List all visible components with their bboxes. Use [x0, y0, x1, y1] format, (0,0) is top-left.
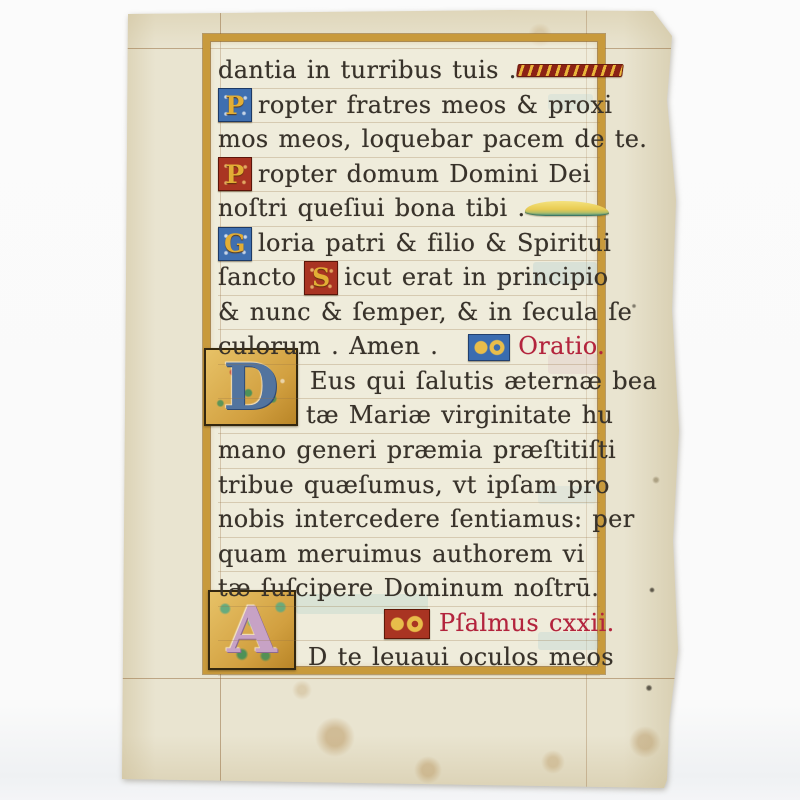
rubric-oratio: Oratio. [518, 330, 605, 364]
illuminated-initial-P-red: P [218, 157, 252, 191]
line-text: ropter domum Domini Dei [258, 158, 591, 192]
text-line-16: tæ ſuſcipere Dominum noſtrū. [218, 572, 600, 607]
line-text: ſancto [218, 261, 296, 295]
text-line-11: tæ Mariæ virginitate hu [218, 399, 600, 434]
illuminated-initial-S-red: S [304, 261, 338, 295]
line-text: Eus qui ſalutis æternæ bea [310, 365, 657, 399]
rubric-psalmus: Pſalmus cxxii. [439, 607, 615, 641]
line-text: & nunc & ſemper, & in ſecula ſe [218, 296, 632, 330]
ruling-horizontal-bottom [116, 678, 680, 679]
line-text: loria patri & filio & Spiritui [258, 227, 611, 261]
line-text: nobis intercedere ſentiamus: per [218, 503, 635, 537]
text-line-7: ſancto S icut erat in principio [218, 261, 600, 296]
text-line-17: Pſalmus cxxii. [218, 607, 600, 642]
text-line-2: P ropter fratres meos & proxi [218, 89, 600, 124]
line-text: culorum . Amen . [218, 330, 438, 364]
illuminated-initial-G-blue: G [218, 227, 252, 261]
paraph-mark-blue [468, 334, 510, 361]
vellum-leaf: D A dantia in turribus tuis . P ropter f… [116, 10, 680, 790]
line-text: tribue quæſumus, vt ipſam pro [218, 469, 610, 503]
text-line-5: noſtri queſiui bona tibi . [218, 192, 600, 227]
line-text: icut erat in principio [344, 261, 608, 295]
text-line-18: D te leuaui oculos meos [218, 641, 600, 676]
line-text: tæ ſuſcipere Dominum noſtrū. [218, 572, 599, 606]
text-line-3: mos meos, loquebar pacem de te. [218, 123, 600, 158]
line-filler-gold-leaf [525, 201, 609, 216]
line-text: D te leuaui oculos meos [308, 641, 614, 675]
line-text: tæ Mariæ virginitate hu [306, 399, 613, 433]
line-text: ropter fratres meos & proxi [258, 89, 612, 123]
text-line-15: quam meruimus authorem vi [218, 538, 600, 573]
text-line-8: & nunc & ſemper, & in ſecula ſe [218, 296, 600, 331]
manuscript-photo: D A dantia in turribus tuis . P ropter f… [0, 0, 800, 800]
line-filler-red-gold [516, 64, 624, 77]
paraph-mark-red [384, 609, 430, 639]
text-line-9: culorum . Amen . Oratio. [218, 330, 600, 365]
text-line-4: P ropter domum Domini Dei [218, 158, 600, 193]
text-line-6: G loria patri & filio & Spiritui [218, 227, 600, 262]
text-line-12: mano generi præmia præſtitiſti [218, 434, 600, 469]
line-text: mos meos, loquebar pacem de te. [218, 123, 647, 157]
line-text: dantia in turribus tuis . [218, 54, 517, 88]
text-line-1: dantia in turribus tuis . [218, 54, 600, 89]
text-line-13: tribue quæſumus, vt ipſam pro [218, 469, 600, 504]
text-block: D A dantia in turribus tuis . P ropter f… [218, 54, 600, 676]
illuminated-initial-P-blue: P [218, 88, 252, 122]
line-text: noſtri queſiui bona tibi . [218, 192, 525, 226]
line-text: mano generi præmia præſtitiſti [218, 434, 616, 468]
text-line-14: nobis intercedere ſentiamus: per [218, 503, 600, 538]
text-line-10: Eus qui ſalutis æternæ bea [218, 365, 600, 400]
line-text: quam meruimus authorem vi [218, 538, 585, 572]
